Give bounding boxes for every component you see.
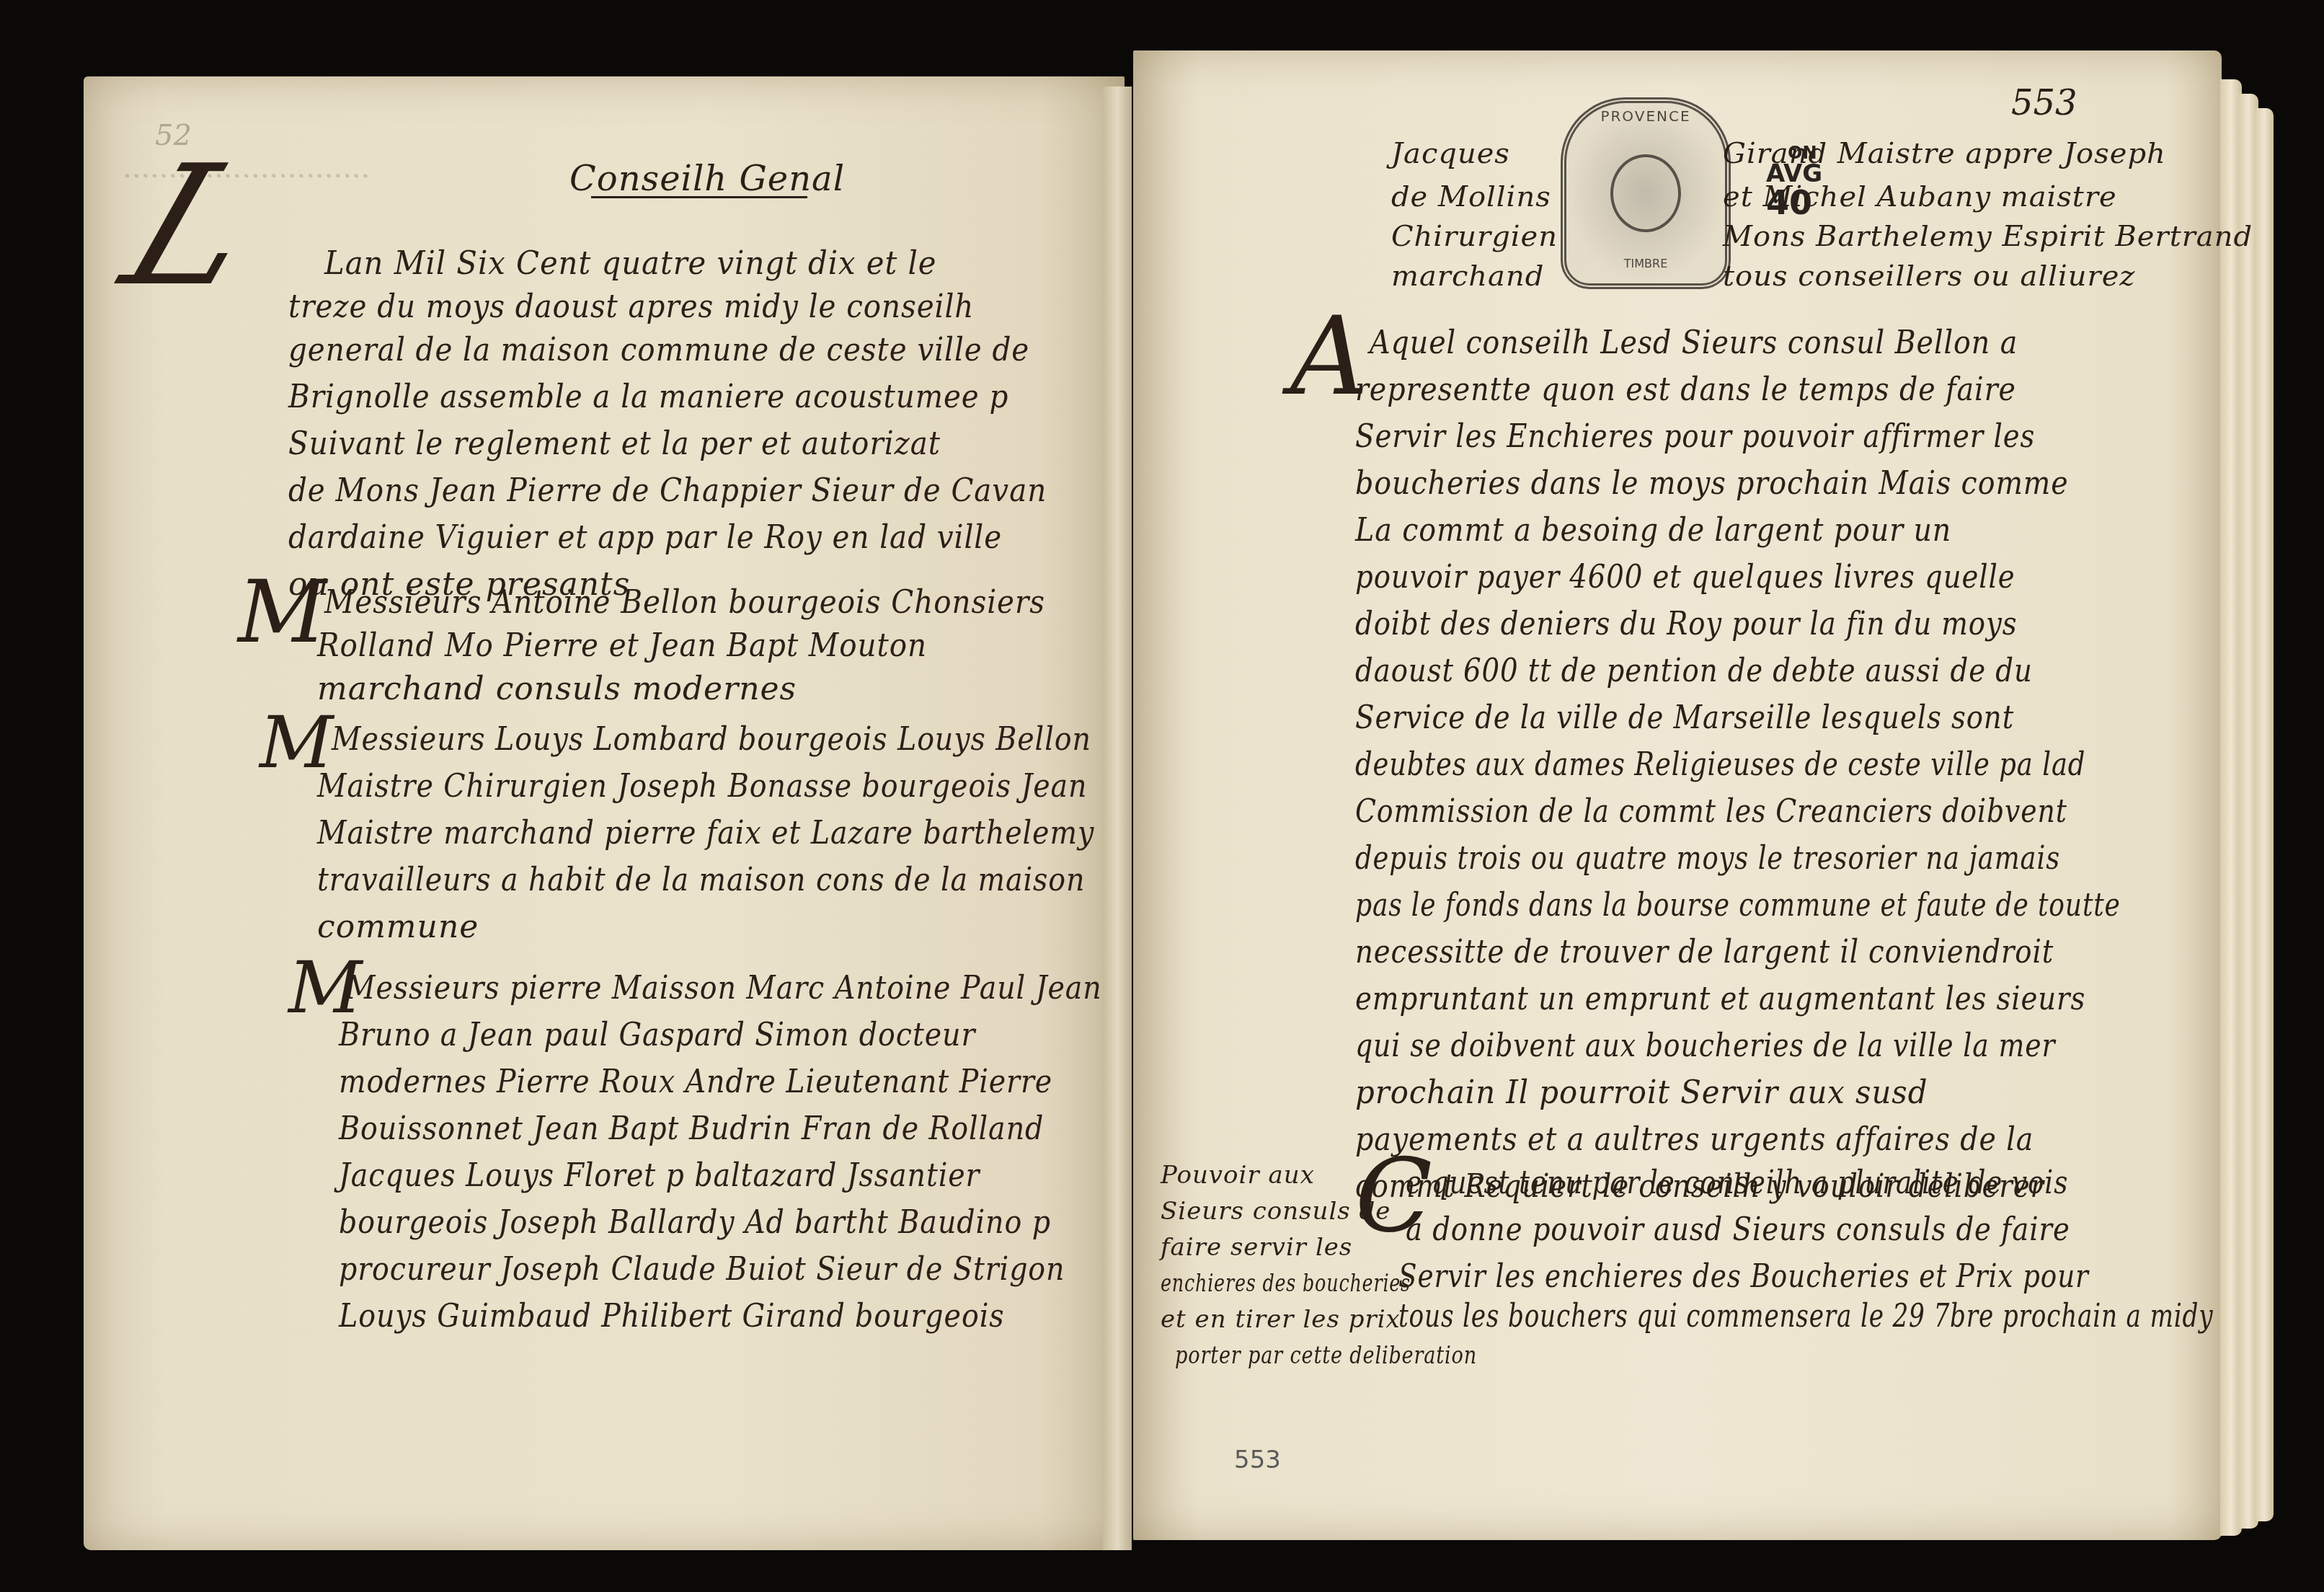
stamp-bottom-text: TIMBRE (1566, 257, 1725, 270)
right-line: pas le fonds dans la bourse commune et f… (1355, 887, 2121, 924)
margin-note-line: faire servir les (1161, 1233, 1352, 1262)
header-name-line: Girand Maistre appre Joseph (1723, 137, 2166, 170)
resolution-line: tous les bouchers qui commensera le 29 7… (1398, 1298, 2214, 1335)
header-name-line: Jacques (1391, 137, 1510, 170)
folio-number: 553 (2011, 83, 2077, 123)
margin-note-line: Pouvoir aux (1161, 1161, 1315, 1190)
right-line: Servir les Enchieres pour pouvoir affirm… (1355, 418, 2035, 455)
resolution-line: Servir les enchieres des Boucheries et P… (1398, 1258, 2089, 1295)
right-line: empruntant un emprunt et augmentant les … (1355, 981, 2085, 1017)
header-name-line: de Mollins (1391, 180, 1551, 213)
left-line: Messieurs Louys Lombard bourgeois Louys … (332, 721, 1091, 758)
left-line: general de la maison commune de ceste vi… (288, 332, 1029, 368)
left-line: Suivant le reglement et la per et autori… (288, 425, 941, 462)
right-line: boucheries dans le moys prochain Mais co… (1355, 465, 2069, 502)
left-line: procureur Joseph Claude Buiot Sieur de S… (339, 1251, 1065, 1288)
left-line: Bouissonnet Jean Bapt Budrin Fran de Rol… (339, 1110, 1044, 1147)
right-line: representte quon est dans le temps de fa… (1355, 371, 2016, 408)
left-line: Maistre marchand pierre faix et Lazare b… (317, 815, 1094, 852)
left-line: Rolland Mo Pierre et Jean Bapt Mouton (317, 627, 927, 664)
left-line: de Mons Jean Pierre de Chappier Sieur de… (288, 472, 1047, 509)
right-line: Service de la ville de Marseille lesquel… (1355, 699, 2014, 736)
resolution-line: e quest tenu par le conseilh a pluralite… (1406, 1164, 2068, 1201)
left-line: modernes Pierre Roux Andre Lieutenant Pi… (339, 1063, 1052, 1100)
right-line: necessitte de trouver de largent il conv… (1355, 934, 2054, 970)
stamp-top-text: PROVENCE (1566, 107, 1725, 125)
right-line: daoust 600 tt de pention de debte aussi … (1355, 653, 2033, 689)
right-line: Commission de la commt les Creanciers do… (1355, 793, 2067, 830)
right-line: doibt des deniers du Roy pour la fin du … (1355, 606, 2017, 642)
left-line: travailleurs a habit de la maison cons d… (317, 862, 1085, 898)
header-name-line: tous conseillers ou alliurez (1723, 260, 2135, 293)
header-name-line: Chirurgien (1391, 220, 1558, 253)
right-line: Aquel conseilh Lesd Sieurs consul Bellon… (1370, 324, 2018, 361)
margin-note-line: porter par cette deliberation (1175, 1341, 1477, 1370)
margin-note-line: enchieres des boucheries (1161, 1269, 1411, 1298)
right-line: qui se doibvent aux boucheries de la vil… (1355, 1027, 2056, 1064)
pencil-folio-number: 553 (1234, 1446, 1281, 1474)
left-line: Messieurs pierre Maisson Marc Antoine Pa… (346, 970, 1102, 1007)
header-name-line: marchand (1391, 260, 1544, 293)
header-name-line: Mons Barthelemy Espirit Bertrand (1723, 220, 2253, 253)
header-name-line: et Michel Aubany maistre (1723, 180, 2117, 213)
heading-underline (591, 196, 807, 198)
tax-stamp: PROVENCE TIMBRE (1561, 97, 1731, 289)
left-page-gutter (1103, 87, 1132, 1550)
right-line: prochain Il pourroit Servir aux susd (1355, 1074, 1928, 1111)
left-line: Maistre Chirurgien Joseph Bonasse bourge… (317, 768, 1087, 805)
right-line: La commt a besoing de largent pour un (1355, 512, 1951, 549)
left-line: bourgeois Joseph Ballardy Ad bartht Baud… (339, 1204, 1051, 1241)
paragraph-initial-m: M (238, 570, 327, 656)
left-line: Jacques Louys Floret p baltazard Jssanti… (339, 1157, 980, 1194)
left-line: dardaine Viguier et app par le Roy en la… (288, 519, 1002, 556)
right-line: pouvoir payer 4600 et quelques livres qu… (1355, 559, 2015, 596)
right-line: depuis trois ou quatre moys le tresorier… (1355, 840, 2060, 877)
page-fore-edge (2255, 108, 2274, 1521)
left-line: Lan Mil Six Cent quatre vingt dix et le (324, 245, 936, 282)
right-line: deubtes aux dames Religieuses de ceste v… (1355, 746, 2085, 783)
left-line: Louys Guimbaud Philibert Girand bourgeoi… (339, 1298, 1004, 1335)
left-line: marchand consuls modernes (317, 671, 797, 707)
left-line: Brignolle assemble a la maniere acoustum… (288, 379, 1008, 415)
stamp-emblem-icon (1610, 154, 1681, 232)
left-page-heading: Conseilh Genal (569, 159, 845, 199)
right-line: payements et a aultres urgents affaires … (1355, 1121, 2033, 1158)
left-line: Bruno a Jean paul Gaspard Simon docteur (339, 1017, 975, 1053)
margin-note-line: et en tirer les prix (1161, 1305, 1401, 1334)
resolution-line: a donne pouvoir ausd Sieurs consuls de f… (1406, 1211, 2070, 1248)
left-line: Messieurs Antoine Bellon bourgeois Chons… (324, 584, 1045, 621)
left-line: treze du moys daoust apres midy le conse… (288, 288, 974, 325)
left-line: commune (317, 908, 479, 945)
